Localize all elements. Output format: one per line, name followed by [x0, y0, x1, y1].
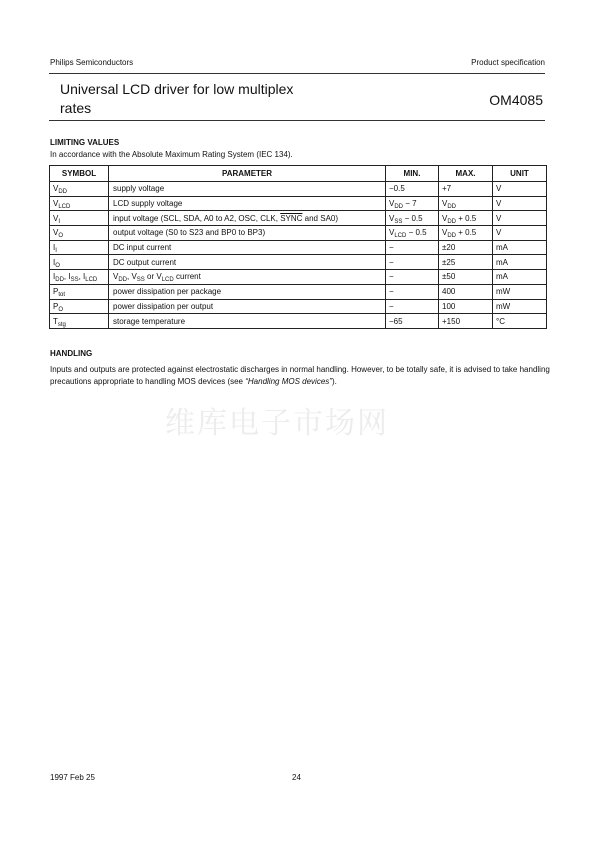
- limiting-values-table: SYMBOL PARAMETER MIN. MAX. UNIT VDDsuppl…: [49, 165, 547, 329]
- cell-max: ±20: [439, 240, 493, 255]
- cell-unit: V: [493, 182, 547, 197]
- cell-parameter: DC input current: [109, 240, 386, 255]
- handling-paragraph: Inputs and outputs are protected against…: [50, 364, 550, 387]
- cell-max: 400: [439, 284, 493, 299]
- watermark: 维库电子市场网: [165, 398, 389, 442]
- handling-reference: “Handling MOS devices”: [245, 377, 332, 386]
- company-name: Philips Semiconductors: [50, 58, 133, 67]
- cell-max: VDD + 0.5: [439, 226, 493, 241]
- cell-unit: V: [493, 226, 547, 241]
- cell-max: VDD: [439, 196, 493, 211]
- cell-unit: °C: [493, 314, 547, 329]
- column-header-symbol: SYMBOL: [50, 166, 109, 182]
- cell-unit: mW: [493, 284, 547, 299]
- cell-max: +7: [439, 182, 493, 197]
- cell-unit: mW: [493, 299, 547, 314]
- document-title: Universal LCD driver for low multiplex r…: [60, 80, 320, 118]
- section-heading-limiting-values: LIMITING VALUES: [50, 138, 119, 147]
- cell-unit: mA: [493, 255, 547, 270]
- cell-unit: mA: [493, 240, 547, 255]
- cell-min: −0.5: [386, 182, 439, 197]
- cell-symbol: VI: [50, 211, 109, 226]
- cell-min: −: [386, 240, 439, 255]
- cell-symbol: PO: [50, 299, 109, 314]
- footer-page-number: 24: [292, 773, 301, 782]
- cell-min: VDD − 7: [386, 196, 439, 211]
- cell-symbol: Ptot: [50, 284, 109, 299]
- table-row: VLCDLCD supply voltageVDD − 7VDDV: [50, 196, 547, 211]
- cell-parameter: DC output current: [109, 255, 386, 270]
- table-row: POpower dissipation per output−100mW: [50, 299, 547, 314]
- cell-parameter: storage temperature: [109, 314, 386, 329]
- column-header-unit: UNIT: [493, 166, 547, 182]
- cell-min: −: [386, 299, 439, 314]
- table-row: VDDsupply voltage−0.5+7V: [50, 182, 547, 197]
- handling-text-end: ).: [332, 377, 337, 386]
- cell-parameter: output voltage (S0 to S23 and BP0 to BP3…: [109, 226, 386, 241]
- footer-date: 1997 Feb 25: [50, 773, 95, 782]
- column-header-parameter: PARAMETER: [109, 166, 386, 182]
- cell-parameter: LCD supply voltage: [109, 196, 386, 211]
- cell-parameter: VDD, VSS or VLCD current: [109, 270, 386, 285]
- section-subtitle: In accordance with the Absolute Maximum …: [50, 150, 293, 159]
- table-row: IDD, ISS, ILCDVDD, VSS or VLCD current−±…: [50, 270, 547, 285]
- column-header-max: MAX.: [439, 166, 493, 182]
- table-row: VIinput voltage (SCL, SDA, A0 to A2, OSC…: [50, 211, 547, 226]
- cell-unit: V: [493, 211, 547, 226]
- cell-max: ±25: [439, 255, 493, 270]
- cell-min: −: [386, 284, 439, 299]
- table-header-row: SYMBOL PARAMETER MIN. MAX. UNIT: [50, 166, 547, 182]
- table-row: IIDC input current−±20mA: [50, 240, 547, 255]
- header-rule-bottom: [49, 120, 545, 121]
- cell-min: VLCD − 0.5: [386, 226, 439, 241]
- table-row: Ptotpower dissipation per package−400mW: [50, 284, 547, 299]
- cell-symbol: VLCD: [50, 196, 109, 211]
- cell-symbol: Tstg: [50, 314, 109, 329]
- cell-parameter: supply voltage: [109, 182, 386, 197]
- cell-symbol: IDD, ISS, ILCD: [50, 270, 109, 285]
- cell-min: −: [386, 255, 439, 270]
- cell-parameter: input voltage (SCL, SDA, A0 to A2, OSC, …: [109, 211, 386, 226]
- cell-symbol: VO: [50, 226, 109, 241]
- cell-unit: V: [493, 196, 547, 211]
- cell-max: ±50: [439, 270, 493, 285]
- cell-max: 100: [439, 299, 493, 314]
- cell-symbol: IO: [50, 255, 109, 270]
- cell-min: −: [386, 270, 439, 285]
- document-type: Product specification: [471, 58, 545, 67]
- cell-parameter: power dissipation per package: [109, 284, 386, 299]
- table-row: IODC output current−±25mA: [50, 255, 547, 270]
- cell-min: VSS − 0.5: [386, 211, 439, 226]
- cell-symbol: II: [50, 240, 109, 255]
- cell-parameter: power dissipation per output: [109, 299, 386, 314]
- table-row: VOoutput voltage (S0 to S23 and BP0 to B…: [50, 226, 547, 241]
- section-heading-handling: HANDLING: [50, 349, 92, 358]
- cell-unit: mA: [493, 270, 547, 285]
- cell-max: +150: [439, 314, 493, 329]
- cell-symbol: VDD: [50, 182, 109, 197]
- part-number: OM4085: [489, 92, 543, 108]
- cell-min: −65: [386, 314, 439, 329]
- column-header-min: MIN.: [386, 166, 439, 182]
- cell-max: VDD + 0.5: [439, 211, 493, 226]
- table-row: Tstgstorage temperature−65+150°C: [50, 314, 547, 329]
- header-rule-top: [49, 73, 545, 74]
